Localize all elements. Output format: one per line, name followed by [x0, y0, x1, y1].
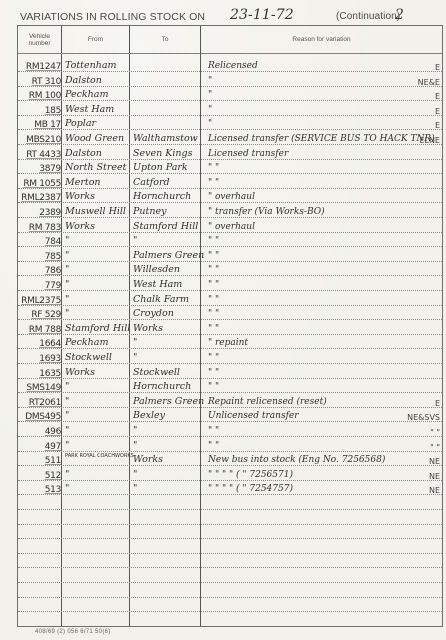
route-code: E [435, 63, 440, 72]
to-location: " [133, 440, 203, 451]
reason-for-variation: " " " " ( " 7256571) [208, 470, 418, 480]
reason-for-variation: " repaint [208, 338, 418, 348]
table-row: 1635WorksStockwell" " [18, 367, 442, 382]
vehicle-number: 496 [18, 427, 61, 437]
reason-for-variation: " " [208, 353, 418, 363]
ruled-line [18, 597, 442, 598]
reason-for-variation: " " [208, 251, 418, 261]
to-location: " [133, 483, 203, 494]
document-page: VARIATIONS IN ROLLING STOCK ON 23-11-72 … [0, 0, 446, 640]
reason-for-variation: " [208, 90, 418, 100]
reason-for-variation: " " [208, 265, 418, 275]
from-location: Stockwell [65, 352, 129, 363]
reason-for-variation: " " [208, 295, 418, 305]
to-location: West Ham [133, 279, 203, 290]
table-row: DMS495"BexleyUnlicensed transferNE&SVS [18, 410, 442, 425]
from-location: Peckham [65, 337, 129, 348]
header-reason: Reason for variation [201, 26, 442, 53]
from-location: Dalston [65, 75, 129, 86]
to-location: Putney [133, 206, 203, 217]
table-row: RF 529"Croydon" " [18, 308, 442, 323]
ruled-line [18, 509, 442, 510]
table-row: RM1247TottenhamRelicensedE [18, 60, 442, 75]
table-row: RM 1055MertonCatford" " [18, 177, 442, 192]
table-row: 497""" "" " [18, 440, 442, 455]
from-location: Stamford Hill [65, 323, 129, 334]
to-location: Seven Kings [133, 148, 203, 159]
reason-for-variation: " [208, 119, 418, 129]
route-code: E [435, 399, 440, 408]
table-row: 496""" "" " [18, 425, 442, 440]
to-location: Hornchurch [133, 191, 203, 202]
table-row: MB 17Poplar"E [18, 118, 442, 133]
table-row: 1664Peckham"" repaint [18, 337, 442, 352]
vehicle-number: 512 [18, 471, 61, 481]
table-row: RM 788Stamford HillWorks" " [18, 323, 442, 338]
vehicle-number: 513 [18, 485, 61, 495]
from-location: " [65, 396, 129, 407]
vehicle-number: 511 [18, 456, 61, 466]
reason-for-variation: " overhaul [208, 192, 418, 202]
vehicle-number: MBS210 [18, 135, 61, 145]
to-location: Works [133, 454, 203, 465]
table-row: 779"West Ham" " [18, 279, 442, 294]
document-title-row: VARIATIONS IN ROLLING STOCK ON 23-11-72 … [20, 9, 440, 25]
from-location: Works [65, 221, 129, 232]
vehicle-number: 779 [18, 281, 61, 291]
to-location: Palmers Green [133, 250, 203, 261]
reason-for-variation: " [208, 105, 418, 115]
table-row: 784""" " [18, 235, 442, 250]
reason-for-variation: " " " " ( " 7254757) [208, 484, 418, 494]
reason-for-variation: " " [208, 382, 418, 392]
reason-for-variation: Licensed transfer [208, 149, 418, 159]
vehicle-number: RM 783 [18, 223, 61, 233]
ruled-line [18, 524, 442, 525]
vehicle-number: SMS149 [18, 383, 61, 393]
table-row: RT2061"Palmers GreenRepaint relicensed (… [18, 396, 442, 411]
ruled-line [18, 538, 442, 539]
from-location: Merton [65, 177, 129, 188]
reason-for-variation: " " [208, 441, 418, 451]
table-row: MBS210Wood GreenWalthamstowLicensed tran… [18, 133, 442, 148]
reason-for-variation: " " [208, 368, 418, 378]
to-location: " [133, 235, 203, 246]
ruled-line [18, 567, 442, 568]
to-location: " [133, 425, 203, 436]
route-code: E [435, 107, 440, 116]
reason-for-variation: " [208, 76, 418, 86]
vehicle-number: 2389 [18, 208, 61, 218]
from-location: " [65, 440, 129, 451]
continuation-label: (Continuation) [336, 11, 400, 22]
table-row: SMS149"Hornchurch" " [18, 381, 442, 396]
ruled-line [18, 611, 442, 612]
vehicle-number: RM1247 [18, 62, 61, 72]
from-location: Wood Green [65, 133, 129, 144]
to-location: Willesden [133, 264, 203, 275]
reason-for-variation: Repaint relicensed (reset) [208, 397, 418, 407]
from-location: Works [65, 191, 129, 202]
to-location: Stockwell [133, 367, 203, 378]
reason-for-variation: Unlicensed transfer [208, 411, 418, 421]
from-location: West Ham [65, 104, 129, 115]
to-location: " [133, 352, 203, 363]
reason-for-variation: Licensed transfer (SERVICE BUS TO HACK T… [208, 134, 418, 144]
route-code: NE&SVS [407, 413, 440, 422]
to-location: Upton Park [133, 162, 203, 173]
route-code: NE&E [418, 78, 440, 87]
from-location: Peckham [65, 89, 129, 100]
from-location: " [65, 381, 129, 392]
ruled-line [18, 582, 442, 583]
reason-for-variation: New bus into stock (Eng No. 7256568) [208, 455, 418, 465]
table-row: 511PARK ROYAL COACHWORKSWorksNew bus int… [18, 454, 442, 469]
from-location: Tottenham [65, 60, 129, 71]
reason-for-variation: " transfer (Via Works-BO) [208, 207, 418, 217]
page-number: 2 [395, 7, 404, 23]
vehicle-number: RM 1055 [18, 179, 61, 189]
vehicle-number: MB 17 [18, 120, 61, 130]
document-title: VARIATIONS IN ROLLING STOCK ON [20, 11, 205, 23]
from-location: North Street [65, 162, 129, 173]
to-location: Palmers Green [133, 396, 203, 407]
from-location: PARK ROYAL COACHWORKS [65, 454, 129, 459]
table-row: RML2387WorksHornchurch" overhaul [18, 191, 442, 206]
table-row: 785"Palmers Green" " [18, 250, 442, 265]
table-header: Vehicle number From To Reason for variat… [18, 26, 442, 54]
table-row: 2389Muswell HillPutney" transfer (Via Wo… [18, 206, 442, 221]
to-location: Bexley [133, 410, 203, 421]
ruled-line [18, 53, 442, 54]
route-code: " " [430, 443, 440, 452]
from-location: Works [65, 367, 129, 378]
table-row: 3879North StreetUpton Park" " [18, 162, 442, 177]
table-row: 786"Willesden" " [18, 264, 442, 279]
from-location: " [65, 410, 129, 421]
header-to: To [130, 26, 200, 53]
vehicle-number: 1664 [18, 339, 61, 349]
reason-for-variation: " " [208, 426, 418, 436]
table-row: 1693Stockwell"" " [18, 352, 442, 367]
table-row: RT 4433DalstonSeven KingsLicensed transf… [18, 148, 442, 163]
from-location: " [65, 483, 129, 494]
table-row: RM 100Peckham"E [18, 89, 442, 104]
route-code: NE [429, 457, 440, 466]
header-vehicle-number: Vehicle number [18, 26, 61, 53]
to-location: Chalk Farm [133, 294, 203, 305]
route-code: NE [429, 472, 440, 481]
to-location: Hornchurch [133, 381, 203, 392]
vehicle-number: 497 [18, 442, 61, 452]
document-date: 23-11-72 [230, 7, 294, 23]
vehicle-number: RT 310 [18, 77, 61, 87]
to-location: " [133, 469, 203, 480]
to-location: Walthamstow [133, 133, 203, 144]
vehicle-number: 3879 [18, 164, 61, 174]
from-location: " [65, 235, 129, 246]
vehicle-number: 786 [18, 266, 61, 276]
route-code: ELNE [419, 136, 440, 145]
vehicle-number: 1693 [18, 354, 61, 364]
vehicle-number: RT 4433 [18, 150, 61, 160]
to-location: Works [133, 323, 203, 334]
vehicle-number: RM 100 [18, 91, 61, 101]
vehicle-number: DMS495 [18, 412, 61, 422]
to-location: " [133, 337, 203, 348]
vehicle-number: RML2375 [18, 296, 61, 306]
from-location: " [65, 250, 129, 261]
reason-for-variation: " " [208, 309, 418, 319]
reason-for-variation: Relicensed [208, 61, 418, 71]
table-row: 185West Ham"E [18, 104, 442, 119]
from-location: " [65, 279, 129, 290]
table-row: RML2375"Chalk Farm" " [18, 294, 442, 309]
vehicle-number: 1635 [18, 369, 61, 379]
from-location: " [65, 264, 129, 275]
form-code: 408/69 (2) 056 6/71 50(6) [35, 629, 111, 635]
vehicle-number: RM 788 [18, 325, 61, 335]
table-row: 512""" " " " ( " 7256571)NE [18, 469, 442, 484]
vehicle-number: RF 529 [18, 310, 61, 320]
route-code: E [435, 121, 440, 130]
reason-for-variation: " " [208, 236, 418, 246]
table-row: RT 310Dalston"NE&E [18, 75, 442, 90]
from-location: " [65, 469, 129, 480]
from-location: Muswell Hill [65, 206, 129, 217]
vehicle-number: 185 [18, 106, 61, 116]
vehicle-number: RML2387 [18, 193, 61, 203]
from-location: Poplar [65, 118, 129, 129]
route-code: NE [429, 486, 440, 495]
from-location: " [65, 425, 129, 436]
to-location: Croydon [133, 308, 203, 319]
vehicle-number: 784 [18, 237, 61, 247]
rolling-stock-table: Vehicle number From To Reason for variat… [17, 25, 443, 627]
to-location: Catford [133, 177, 203, 188]
ruled-line [18, 553, 442, 554]
header-from: From [62, 26, 129, 53]
vehicle-number: 785 [18, 252, 61, 262]
reason-for-variation: " " [208, 280, 418, 290]
table-row: RM 783WorksStamford Hill" overhaul [18, 221, 442, 236]
route-code: E [435, 92, 440, 101]
reason-for-variation: " " [208, 178, 418, 188]
from-location: " [65, 294, 129, 305]
reason-for-variation: " " [208, 163, 418, 173]
reason-for-variation: " overhaul [208, 222, 418, 232]
reason-for-variation: " " [208, 324, 418, 334]
vehicle-number: RT2061 [18, 398, 61, 408]
to-location: Stamford Hill [133, 221, 203, 232]
from-location: " [65, 308, 129, 319]
table-row: 513""" " " " ( " 7254757)NE [18, 483, 442, 498]
from-location: Dalston [65, 148, 129, 159]
route-code: " " [430, 428, 440, 437]
